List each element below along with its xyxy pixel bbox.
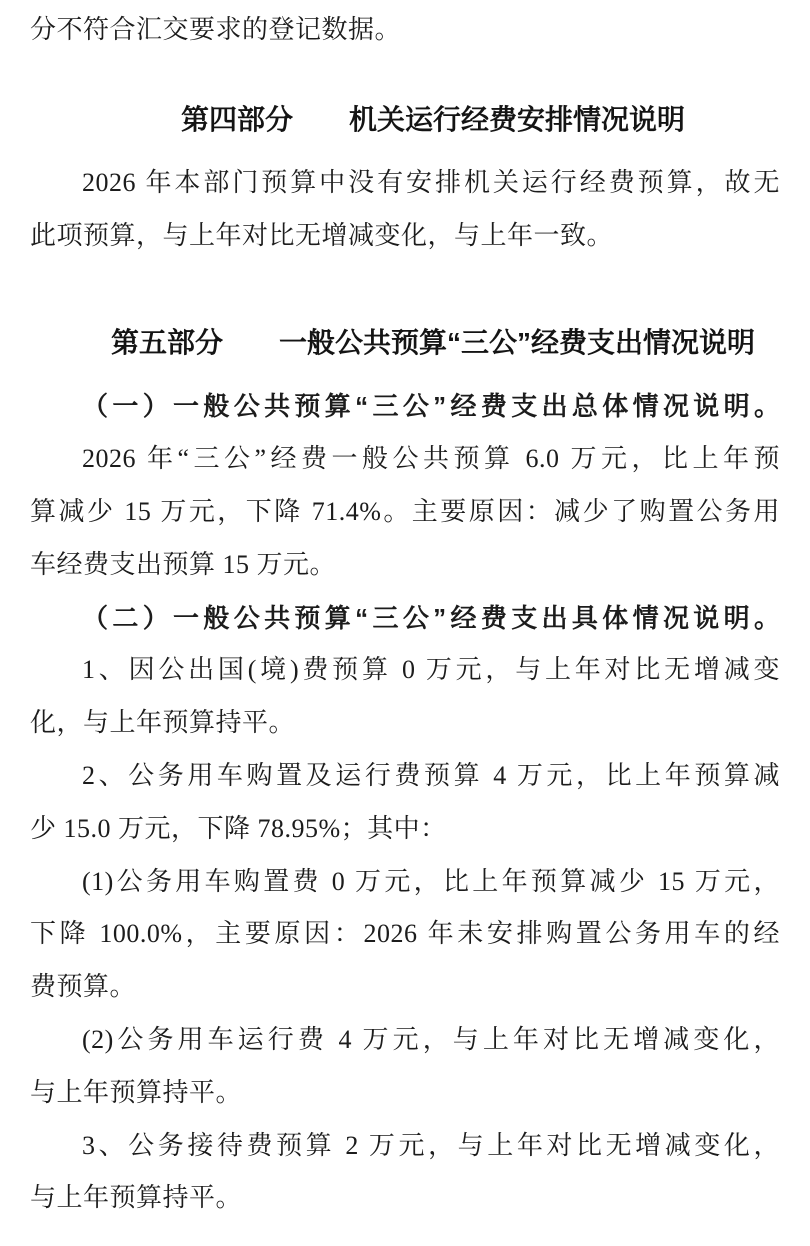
section5-sub2-heading: （二）一般公共预算“三公”经费支出具体情况说明。 [30, 592, 780, 645]
carryover-text-line: 分不符合汇交要求的登记数据。 [30, 4, 780, 57]
section5-sub1-paragraph-line: 2026 年“三公”经费一般公共预算 6.0 万元，比上年预 [30, 433, 780, 486]
item1-line: 化，与上年预算持平。 [30, 697, 780, 750]
item2-sub2-line: (2)公务用车运行费 4 万元，与上年对比无增减变化， [30, 1014, 780, 1067]
item1-line: 1、因公出国(境)费预算 0 万元，与上年对比无增减变 [30, 644, 780, 697]
section4-heading: 第四部分 机关运行经费安排情况说明 [30, 91, 780, 149]
item2-sub1-line: 费预算。 [30, 961, 780, 1014]
section5-sub1-heading: （一）一般公共预算“三公”经费支出总体情况说明。 [30, 380, 780, 433]
item2-line: 少 15.0 万元，下降 78.95%；其中： [30, 803, 780, 856]
item3-line: 3、公务接待费预算 2 万元，与上年对比无增减变化， [30, 1120, 780, 1173]
item2-sub1-line: (1)公务用车购置费 0 万元，比上年预算减少 15 万元， [30, 856, 780, 909]
item2-line: 2、公务用车购置及运行费预算 4 万元，比上年预算减 [30, 750, 780, 803]
section5-sub1-paragraph-line: 车经费支出预算 15 万元。 [30, 539, 780, 592]
item2-sub2-line: 与上年预算持平。 [30, 1067, 780, 1120]
document-page: 分不符合汇交要求的登记数据。 第四部分 机关运行经费安排情况说明 2026 年本… [0, 0, 810, 1246]
item2-sub1-line: 下降 100.0%，主要原因：2026 年未安排购置公务用车的经 [30, 908, 780, 961]
section4-paragraph-line: 2026 年本部门预算中没有安排机关运行经费预算，故无 [30, 157, 780, 210]
section5-heading: 第五部分 一般公共预算“三公”经费支出情况说明 [30, 314, 780, 372]
section5-sub1-paragraph-line: 算减少 15 万元，下降 71.4%。主要原因：减少了购置公务用 [30, 486, 780, 539]
item3-line: 与上年预算持平。 [30, 1172, 780, 1225]
section4-paragraph-line: 此项预算，与上年对比无增减变化，与上年一致。 [30, 210, 780, 263]
